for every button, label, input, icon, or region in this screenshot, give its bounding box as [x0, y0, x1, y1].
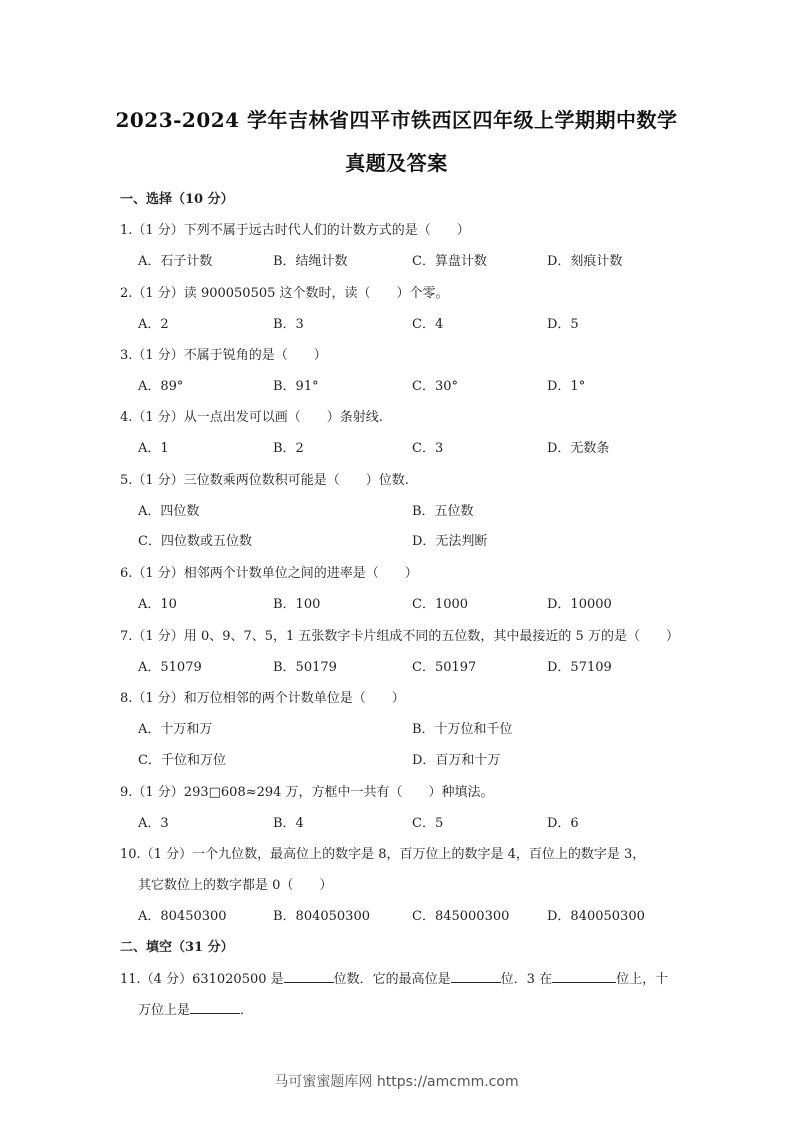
question-1-stem: 1.（1 分）下列不属于远古时代人们的计数方式的是（ ） — [120, 219, 470, 238]
question-8-option-c: C．千位和万位 — [138, 749, 226, 768]
answer-blank-2[interactable] — [451, 970, 501, 983]
question-8-option-b: B．十万位和千位 — [412, 718, 513, 737]
question-6-option-a: A．10 — [138, 593, 177, 612]
question-9-option-c: C．5 — [412, 812, 443, 831]
question-7-option-c: C．50197 — [412, 656, 476, 675]
footer-watermark: 马可蜜蜜题库网 https://amcmm.com — [0, 1071, 793, 1091]
question-5-option-b: B．五位数 — [412, 500, 474, 519]
question-10-option-c: C．845000300 — [412, 905, 509, 924]
question-2-option-d: D．5 — [547, 313, 579, 332]
question-6-option-d: D．10000 — [547, 593, 612, 612]
question-7-stem: 7.（1 分）用 0、9、7、5，1 五张数字卡片组成不同的五位数，其中最接近的… — [120, 625, 679, 644]
question-11-line2: 万位上是． — [138, 999, 253, 1018]
question-11-text-f: ． — [240, 1003, 253, 1018]
question-9-option-d: D．6 — [547, 812, 579, 831]
section-heading-fill: 二、填空（31 分） — [120, 936, 234, 955]
question-5-option-d: D．无法判断 — [412, 530, 487, 549]
question-1-option-c: C．算盘计数 — [412, 250, 487, 269]
section-heading-choice: 一、选择（10 分） — [120, 188, 234, 207]
question-3-option-c: C．30° — [412, 375, 458, 394]
question-4-option-a: A．1 — [138, 437, 169, 456]
question-10-stem: 10.（1 分）一个九位数，最高位上的数字是 8，百万位上的数字是 4，百位上的… — [120, 843, 645, 862]
answer-blank-1[interactable] — [284, 970, 334, 983]
answer-blank-4[interactable] — [190, 1001, 240, 1014]
question-10-option-b: B．804050300 — [273, 905, 370, 924]
question-4-option-c: C．3 — [412, 437, 443, 456]
question-2-option-a: A．2 — [138, 313, 169, 332]
question-2-option-c: C．4 — [412, 313, 443, 332]
question-9-stem: 9.（1 分）293□608≈294 万，方框中一共有（ ）种填法。 — [120, 781, 494, 800]
document-title-line1: 2023-2024 学年吉林省四平市铁西区四年级上学期期中数学 — [0, 104, 793, 133]
question-11-text-b: 位数．它的最高位是 — [334, 972, 451, 987]
question-7-option-a: A．51079 — [138, 656, 202, 675]
question-7-option-d: D．57109 — [547, 656, 612, 675]
question-8-option-a: A．十万和万 — [138, 718, 212, 737]
question-3-option-d: D．1° — [547, 375, 585, 394]
question-2-stem: 2.（1 分）读 900050505 这个数时，读（ ）个零。 — [120, 282, 449, 301]
question-8-stem: 8.（1 分）和万位相邻的两个计数单位是（ ） — [120, 687, 405, 706]
question-6-option-b: B．100 — [273, 593, 320, 612]
question-5-option-c: C．四位数或五位数 — [138, 530, 252, 549]
question-6-stem: 6.（1 分）相邻两个计数单位之间的进率是（ ） — [120, 562, 418, 581]
question-5-stem: 5.（1 分）三位数乘两位数积可能是（ ）位数. — [120, 469, 409, 488]
question-2-option-b: B．3 — [273, 313, 304, 332]
question-10-option-d: D．840050300 — [547, 905, 645, 924]
question-1-option-b: B．结绳计数 — [273, 250, 348, 269]
question-11-text-d: 位上，十 — [616, 972, 668, 987]
question-4-option-b: B．2 — [273, 437, 304, 456]
question-11-text-a: 11.（4 分）631020500 是 — [120, 972, 284, 987]
question-3-option-a: A．89° — [138, 375, 183, 394]
question-4-option-d: D．无数条 — [547, 437, 609, 456]
question-10-stem-continued: 其它数位上的数字都是 0（ ） — [138, 874, 332, 893]
question-9-option-a: A．3 — [138, 812, 169, 831]
answer-blank-3[interactable] — [552, 970, 616, 983]
document-title-line2: 真题及答案 — [0, 147, 793, 176]
question-4-stem: 4.（1 分）从一点出发可以画（ ）条射线. — [120, 406, 383, 425]
question-10-option-a: A．80450300 — [138, 905, 227, 924]
question-3-option-b: B．91° — [273, 375, 319, 394]
question-11-text-c: 位．3 在 — [501, 972, 552, 987]
question-3-stem: 3.（1 分）不属于锐角的是（ ） — [120, 344, 327, 363]
document-page: 2023-2024 学年吉林省四平市铁西区四年级上学期期中数学 真题及答案 一、… — [0, 0, 793, 1122]
question-8-option-d: D．百万和十万 — [412, 749, 500, 768]
question-11-text-e: 万位上是 — [138, 1003, 190, 1018]
question-7-option-b: B．50179 — [273, 656, 337, 675]
question-6-option-c: C．1000 — [412, 593, 468, 612]
question-5-option-a: A．四位数 — [138, 500, 199, 519]
question-9-option-b: B．4 — [273, 812, 304, 831]
question-1-option-a: A．石子计数 — [138, 250, 212, 269]
question-1-option-d: D．刻痕计数 — [547, 250, 622, 269]
question-11-line1: 11.（4 分）631020500 是位数．它的最高位是位．3 在位上，十 — [120, 968, 668, 987]
